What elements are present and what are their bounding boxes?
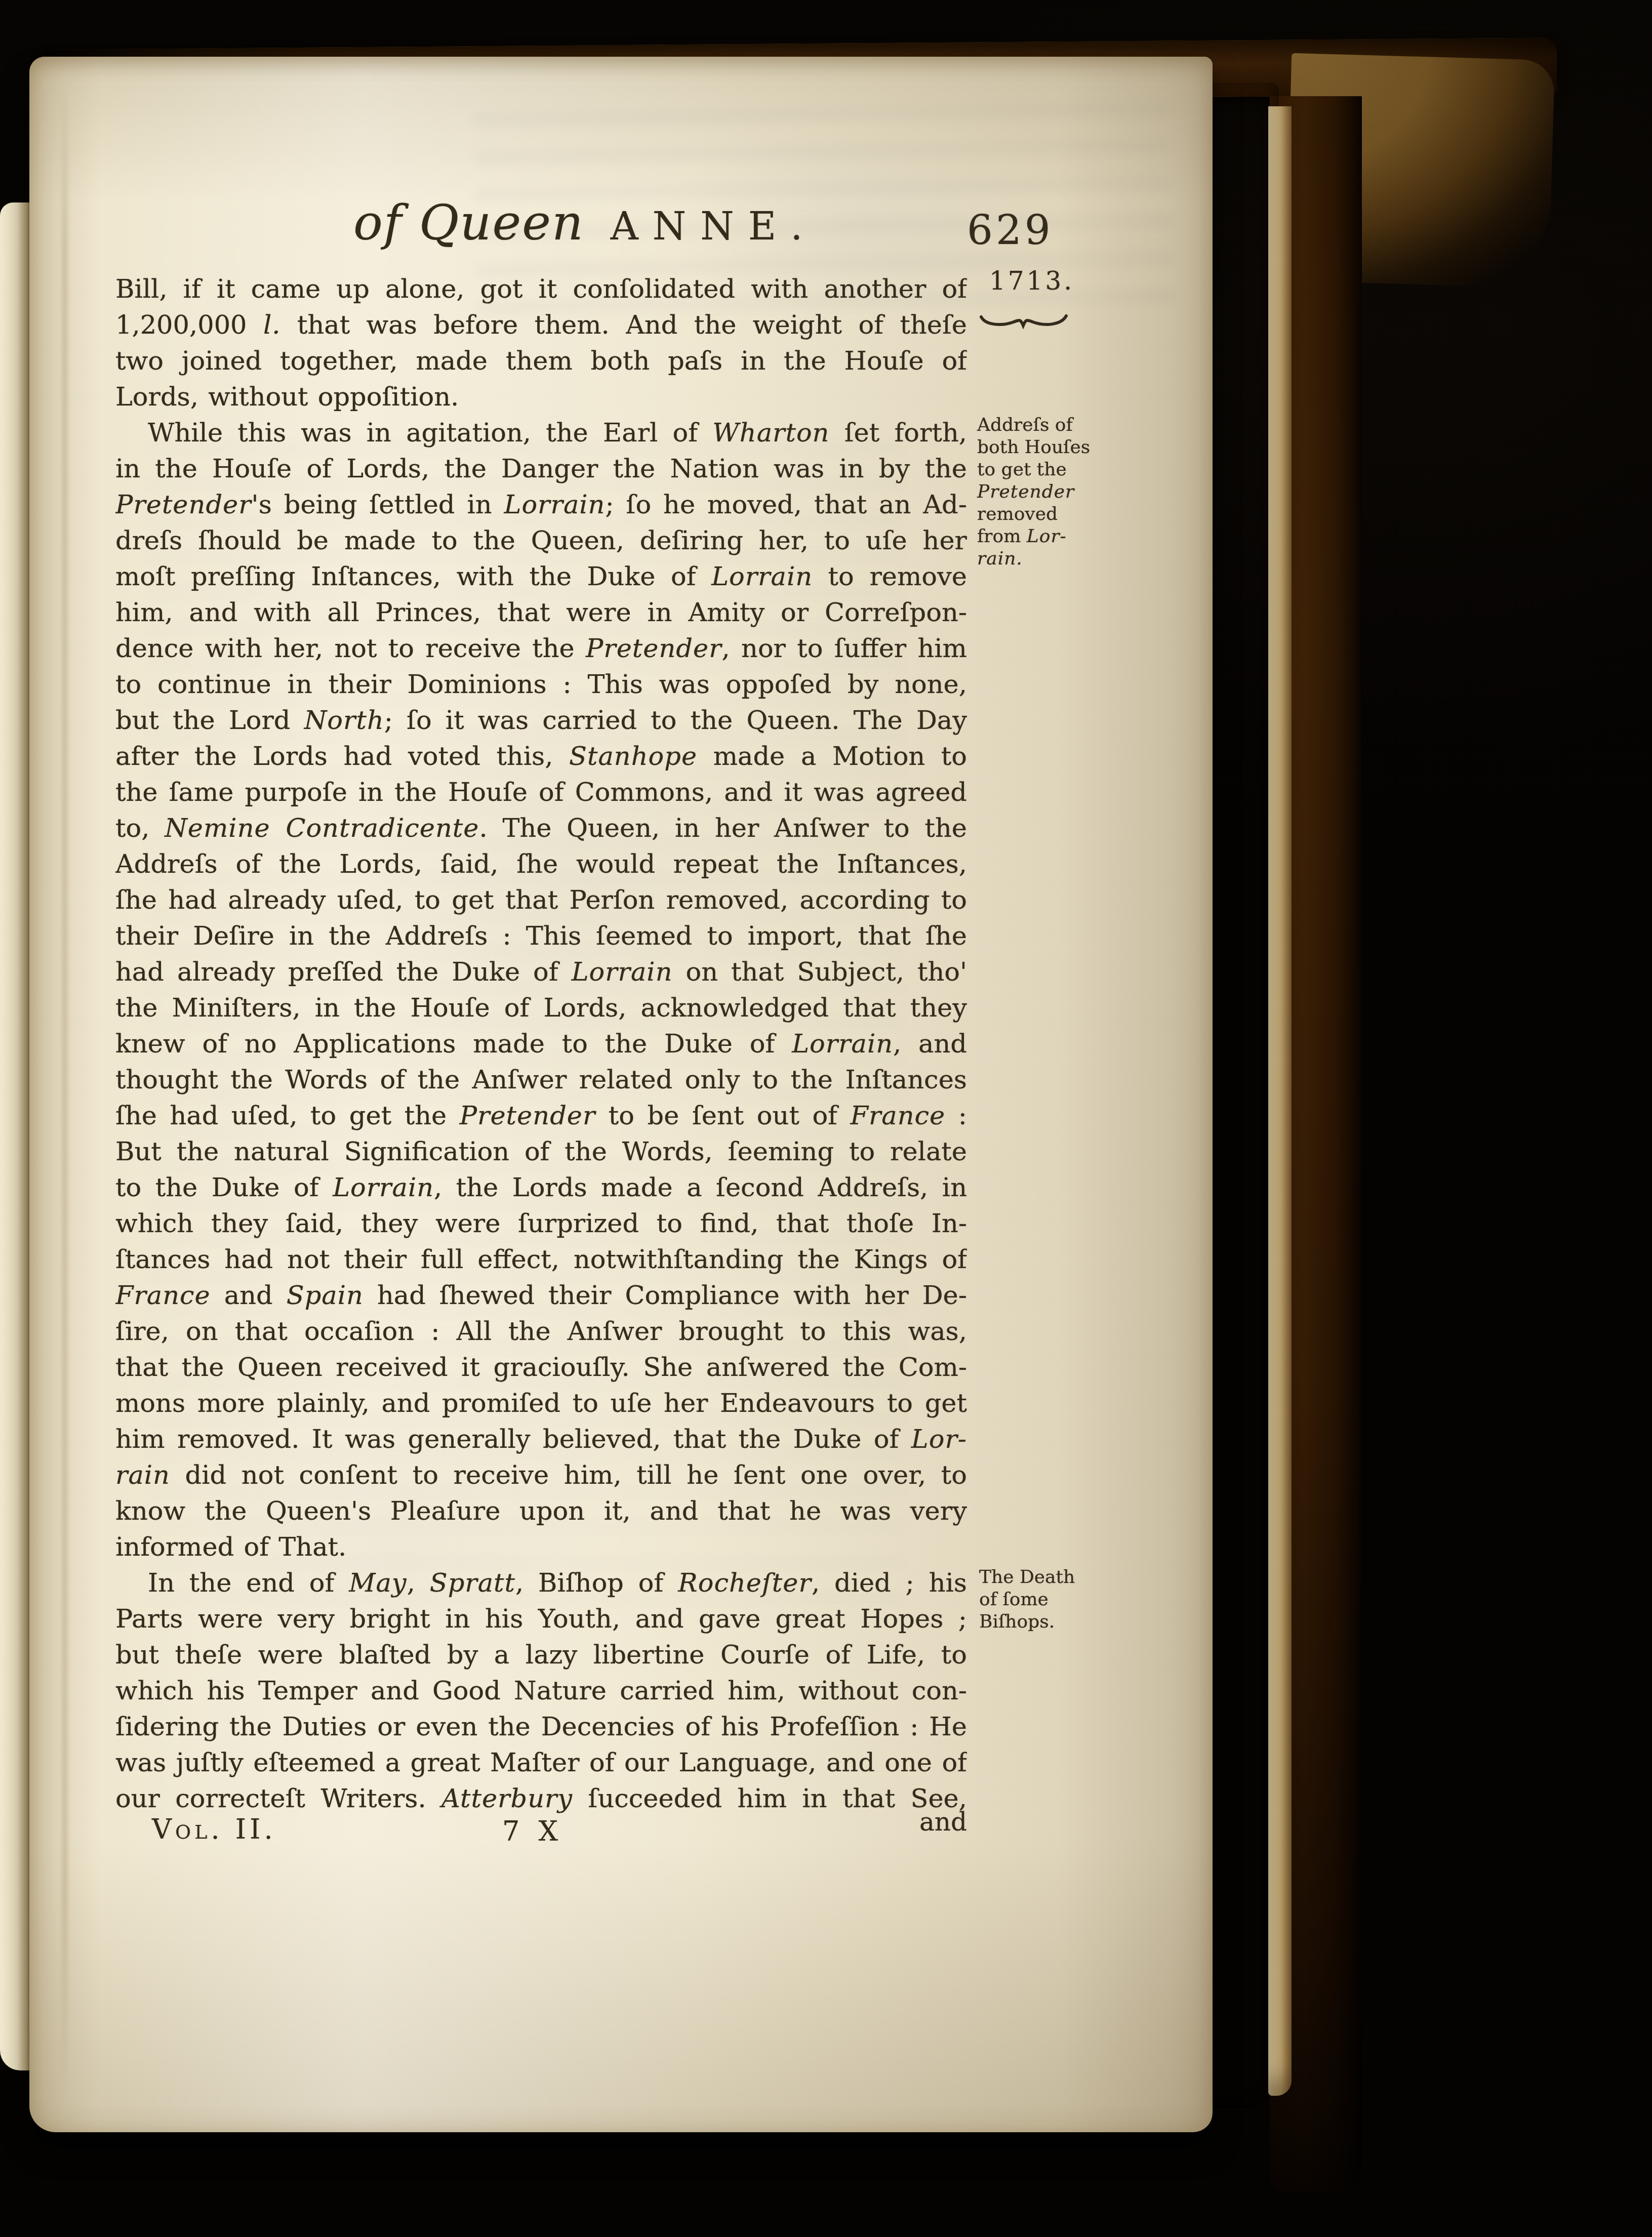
body-line: moſt preſſing Inſtances, with the Duke o… (115, 559, 967, 595)
running-title-caps: ANNE. (611, 204, 817, 249)
body-line: him removed. It was generally believed, … (115, 1421, 967, 1457)
body-line: But the natural Signification of the Wor… (115, 1134, 967, 1170)
body-line: thought the Words of the Anſwer related … (115, 1062, 967, 1098)
margin-note-line: of ſome (979, 1589, 1146, 1611)
margin-year: 1713. (989, 266, 1074, 296)
body-line: after the Lords had voted this, Stanhope… (115, 739, 967, 775)
page-number: 629 (967, 207, 1054, 254)
body-line: ſire, on that occaſion : All the Anſwer … (115, 1314, 967, 1350)
body-line: Pretender's being ſettled in Lorrain; ſo… (115, 487, 967, 523)
book-photo: of Queen ANNE. 629 1713. Addreſs ofboth … (0, 0, 1652, 2237)
running-title-italic: of Queen (353, 194, 584, 251)
body-line: which they ſaid, they were ſurprized to … (115, 1206, 967, 1242)
margin-note-line: both Houſes (977, 436, 1144, 459)
body-line: the ſame purpoſe in the Houſe of Commons… (115, 775, 967, 810)
volume-label: Vol. II. (152, 1813, 276, 1845)
body-line: their Deſire in the Addreſs : This ſeeme… (115, 918, 967, 954)
body-line: to continue in their Dominions : This wa… (115, 667, 967, 703)
body-line: In the end of May, Spratt, Biſhop of Roc… (115, 1565, 967, 1601)
body-line: informed of That. (115, 1529, 967, 1565)
body-line: in the Houſe of Lords, the Danger the Na… (115, 451, 967, 487)
margin-note-line: rain. (977, 548, 1144, 570)
page-block-edge-shadow (1268, 106, 1292, 2096)
margin-note-death: The Deathof ſomeBiſhops. (979, 1566, 1146, 1633)
body-line: which his Temper and Good Nature carried… (115, 1673, 967, 1709)
body-line: Addreſs of the Lords, ſaid, ſhe would re… (115, 846, 967, 882)
body-line: Lords, without oppoſition. (115, 379, 967, 415)
body-line: was juſtly eſteemed a great Maſter of ou… (115, 1745, 967, 1781)
body-line: had already preſſed the Duke of Lorrain … (115, 954, 967, 990)
body-line: Parts were very bright in his Youth, and… (115, 1601, 967, 1637)
body-line: 1,200,000 l. that was before them. And t… (115, 307, 967, 343)
book-page: of Queen ANNE. 629 1713. Addreſs ofboth … (29, 57, 1213, 2132)
opposite-page-sliver (0, 202, 31, 2070)
body-line: ſhe had uſed, to get the Pretender to be… (115, 1098, 967, 1134)
margin-note-line: Addreſs of (977, 414, 1144, 436)
margin-note-line: from Lor- (977, 525, 1144, 548)
running-header: of Queen ANNE. (353, 194, 817, 251)
body-line: dence with her, not to receive the Prete… (115, 631, 967, 667)
margin-note-line: removed (977, 503, 1144, 525)
body-line: dreſs ſhould be made to the Queen, deſir… (115, 523, 967, 559)
body-line: but theſe were blaſted by a lazy liberti… (115, 1637, 967, 1673)
margin-year-brace (978, 313, 1069, 330)
body-text: Bill, if it came up alone, got it conſol… (115, 271, 967, 1817)
body-line: ſtances had not their full effect, notwi… (115, 1242, 967, 1278)
body-line: ſidering the Duties or even the Decencie… (115, 1709, 967, 1745)
body-line: ſhe had already uſed, to get that Perſon… (115, 882, 967, 918)
body-line: but the Lord North; ſo it was carried to… (115, 703, 967, 739)
body-line: mons more plainly, and promiſed to uſe h… (115, 1386, 967, 1421)
catchword: and (919, 1807, 967, 1837)
margin-note-line: Pretender (977, 481, 1144, 503)
body-line: Bill, if it came up alone, got it conſol… (115, 271, 967, 307)
body-line: that the Queen received it graciouſly. S… (115, 1350, 967, 1386)
body-line: the Miniſters, in the Houſe of Lords, ac… (115, 990, 967, 1026)
margin-note-line: Biſhops. (979, 1611, 1146, 1633)
body-line: knew of no Applications made to the Duke… (115, 1026, 967, 1062)
signature-mark: 7 X (502, 1815, 563, 1847)
margin-note-line: to get the (977, 459, 1144, 481)
body-line: to, Nemine Contradicente. The Queen, in … (115, 810, 967, 846)
body-line: France and Spain had ſhewed their Compli… (115, 1278, 967, 1314)
body-line: know the Queen's Pleaſure upon it, and t… (115, 1493, 967, 1529)
margin-note-address: Addreſs ofboth Houſesto get thePretender… (977, 414, 1144, 570)
body-line: to the Duke of Lorrain, the Lords made a… (115, 1170, 967, 1206)
body-line: him, and with all Princes, that were in … (115, 595, 967, 631)
body-line: rain did not conſent to receive him, til… (115, 1457, 967, 1493)
margin-note-line: The Death (979, 1566, 1146, 1589)
body-line: two joined together, made them both paſs… (115, 343, 967, 379)
body-line: our correcteſt Writers. Atterbury ſuccee… (115, 1781, 967, 1817)
body-line: While this was in agitation, the Earl of… (115, 415, 967, 451)
gutter-crease (63, 87, 67, 2092)
